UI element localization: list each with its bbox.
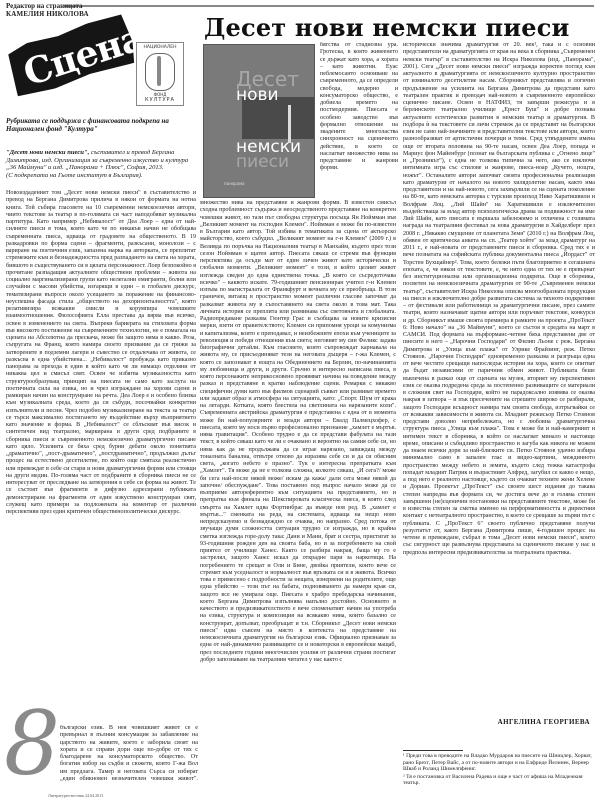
page-number: 8 [4,700,60,788]
article-column-mid-top: бягства от стадиозна ура. Гротеска, в ко… [320,42,398,200]
article-headline: Десет нови немски пиеси [204,13,570,42]
footnotes: ¹ Преди това в преводите на Владко Мурда… [403,753,595,788]
culture-fund-logo: НАЦИОНАЛЕН ФОНД КУЛТУРА [136,42,184,106]
page-date: Литературен вестник 24.04.2013 [48,793,103,798]
support-note: Рубриката се поддържа с финансовата подк… [6,117,191,133]
footnote-2: ² Тя е постановка от Василена Радева и о… [403,774,595,787]
book-cover-image: Десет нови немски пиеси панорама [203,44,315,198]
author-byline: АНГЕЛИНА ГЕОРГИЕВА [498,718,590,726]
citation-note: (С подкрепата на Гьоте институт в Българ… [6,172,143,179]
column-text: Новоиздаденият том „Десет нови немски пи… [6,190,196,516]
column-text: български език. В нея човешкият живот се… [60,725,198,782]
cover-word-4: пиеси [236,152,289,172]
editor-label: Редактор на страницата [6,2,89,10]
citation-title: "Десет нови немски пиеси", [6,149,89,156]
column-text: множество нива на представяне и жанрови … [200,200,396,664]
footnote-rule [403,750,463,751]
column-text: бягства от стадиозна ура. Гротеска, в ко… [320,42,398,173]
cover-publisher: панорама [224,181,245,186]
editor-name: КАМЕЛИЯ НИКОЛОВА [6,10,89,18]
article-column-right: исторически значима драматургия от 20. в… [403,42,595,697]
logo-emblem-icon [145,53,175,91]
article-column-left-tail: български език. В нея човешкият живот се… [60,725,198,782]
column-text: исторически значима драматургия от 20. в… [403,42,595,557]
footnote-1: ¹ Преди това в преводите на Владко Мурда… [403,753,595,773]
book-citation: "Десет нови немски пиеси", съставител и … [6,149,194,179]
top-rule [64,5,594,7]
editor-credit: Редактор на страницата КАМЕЛИЯ НИКОЛОВА [6,2,89,18]
logo-top-text: НАЦИОНАЛЕН [137,45,183,50]
article-column-middle: множество нива на представяне и жанрови … [200,200,396,790]
article-column-left: Новоиздаденият том „Десет нови немски пи… [6,190,196,705]
logo-name: КУЛТУРА [137,97,183,103]
cover-word-2: нови [236,85,279,105]
